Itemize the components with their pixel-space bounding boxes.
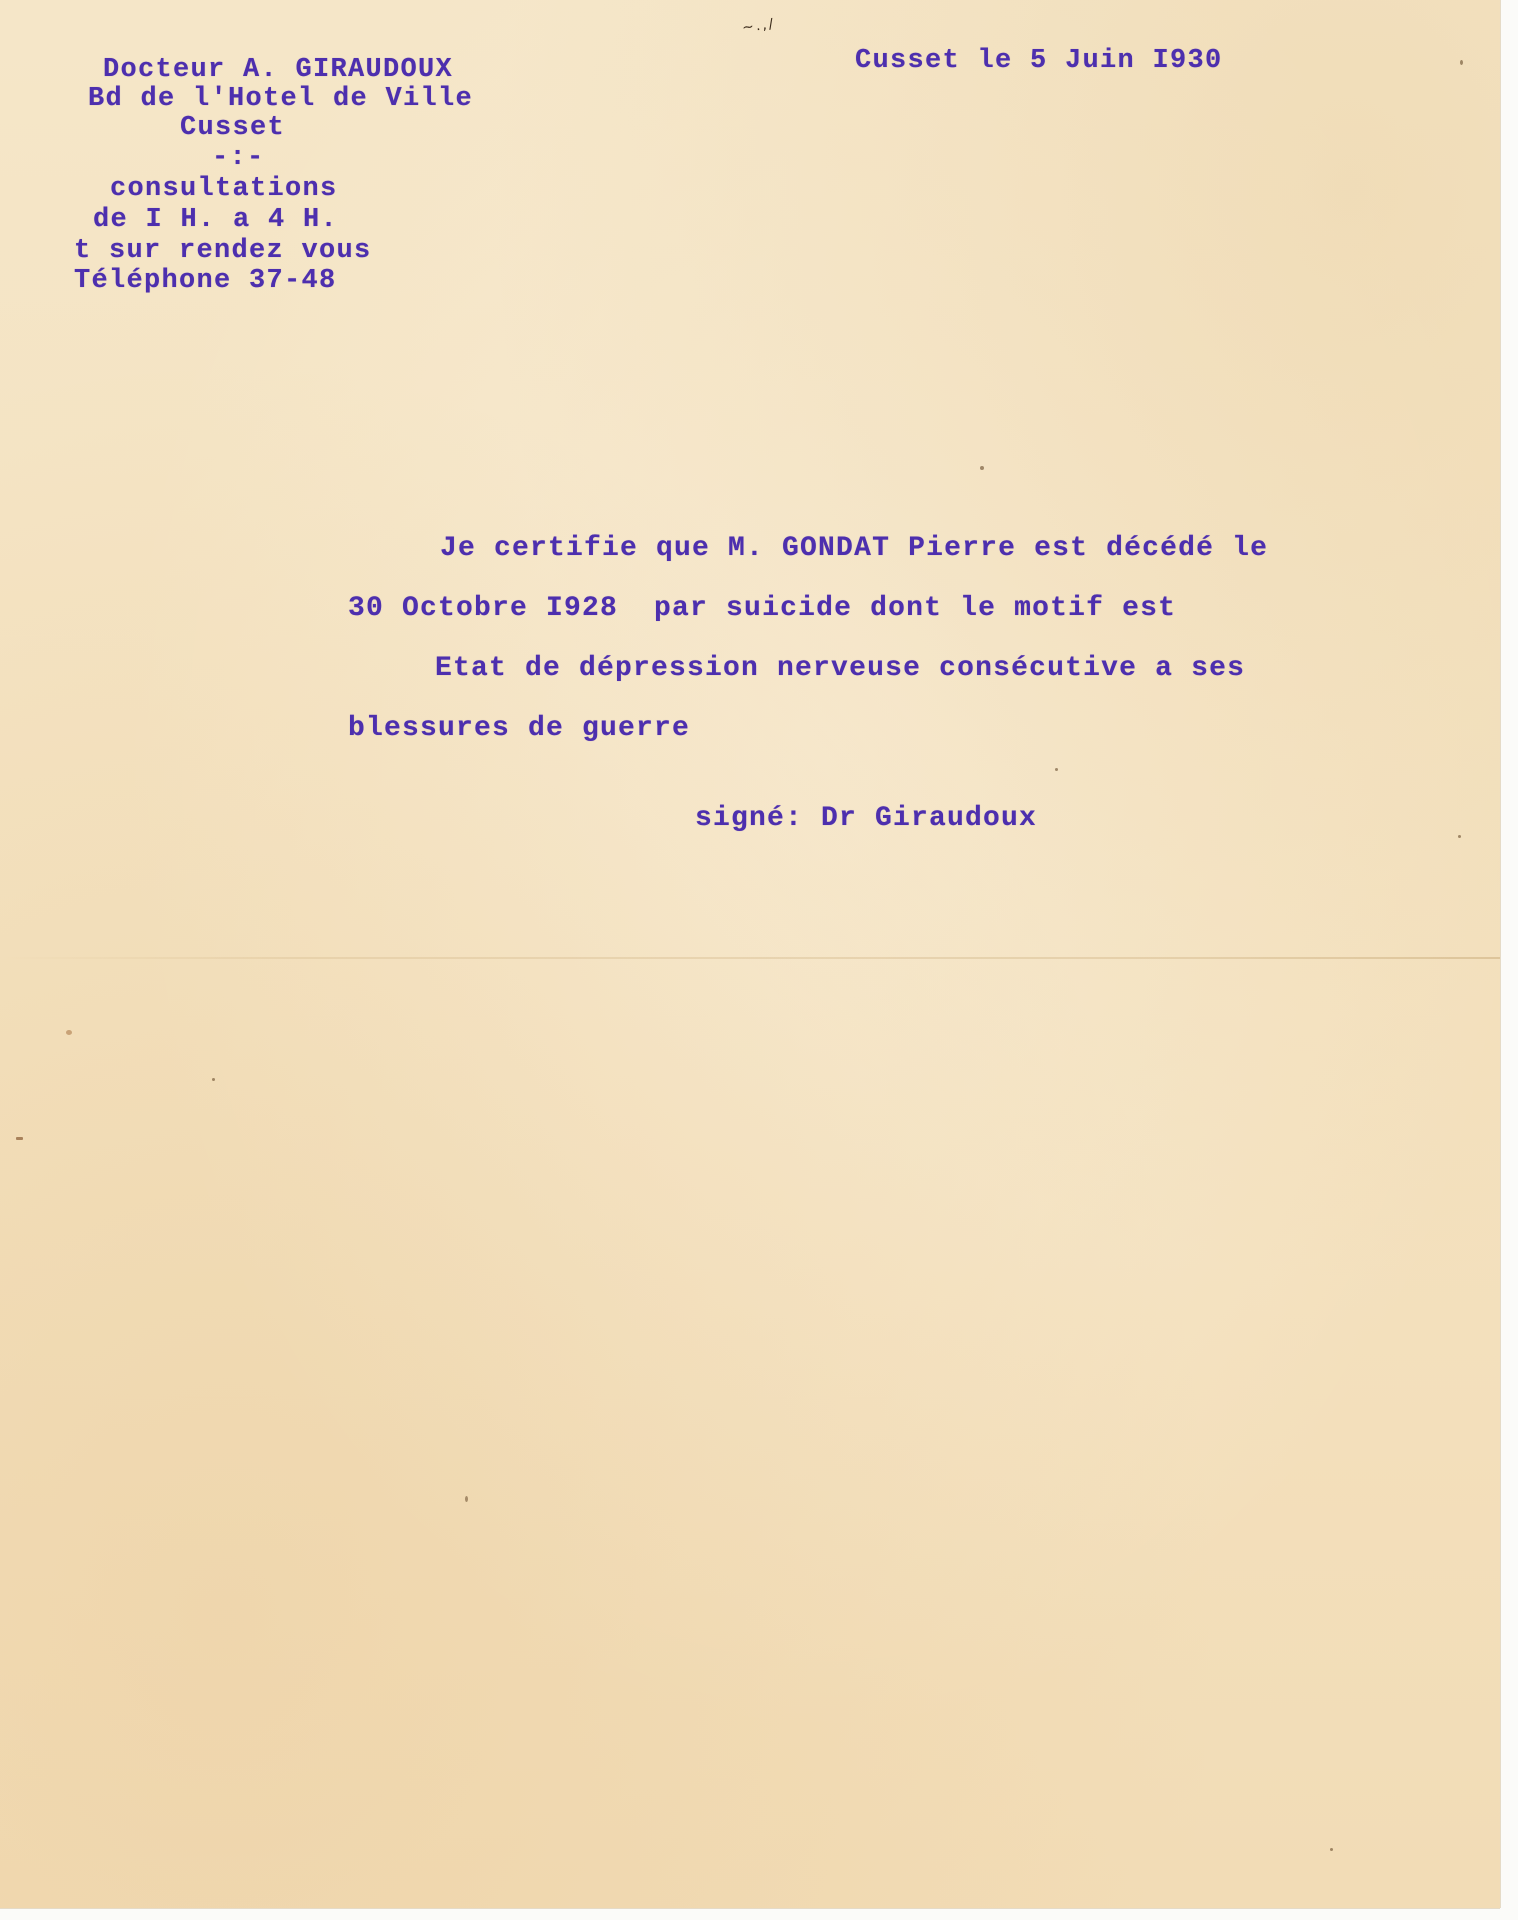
paper-speck [1330, 1848, 1333, 1851]
body-line-1: Je certifie que M. GONDAT Pierre est déc… [440, 533, 1268, 565]
paper-speck [66, 1030, 72, 1035]
letterhead-city: Cusset [180, 113, 285, 144]
paper-sheet: ~.,/ Docteur A. GIRAUDOUX Bd de l'Hotel … [0, 0, 1500, 1908]
paper-speck [1460, 60, 1463, 65]
paper-speck [1055, 768, 1058, 771]
paper-speck [465, 1496, 468, 1502]
paper-speck [1458, 835, 1461, 838]
marginal-pencil-mark: ~.,/ [741, 16, 776, 36]
paper-speck [980, 466, 984, 470]
letterhead-hours: de I H. a 4 H. [93, 205, 338, 236]
letterhead-street: Bd de l'Hotel de Ville [88, 84, 473, 115]
dateline: Cusset le 5 Juin I930 [855, 46, 1223, 77]
paper-speck [212, 1078, 215, 1081]
paper-speck [16, 1137, 23, 1140]
letterhead-divider: -:- [212, 143, 265, 174]
body-line-3: Etat de dépression nerveuse consécutive … [435, 653, 1245, 685]
fold-crease [0, 957, 1500, 959]
letterhead-phone: Téléphone 37-48 [74, 266, 337, 297]
signature: signé: Dr Giraudoux [695, 803, 1037, 835]
letterhead-consultations: consultations [110, 174, 338, 205]
letterhead-doctor-name: Docteur A. GIRAUDOUX [103, 55, 453, 86]
body-line-2: 30 Octobre I928 par suicide dont le moti… [348, 593, 1176, 625]
body-line-4: blessures de guerre [348, 713, 690, 745]
letterhead-appointment: t sur rendez vous [74, 236, 372, 267]
